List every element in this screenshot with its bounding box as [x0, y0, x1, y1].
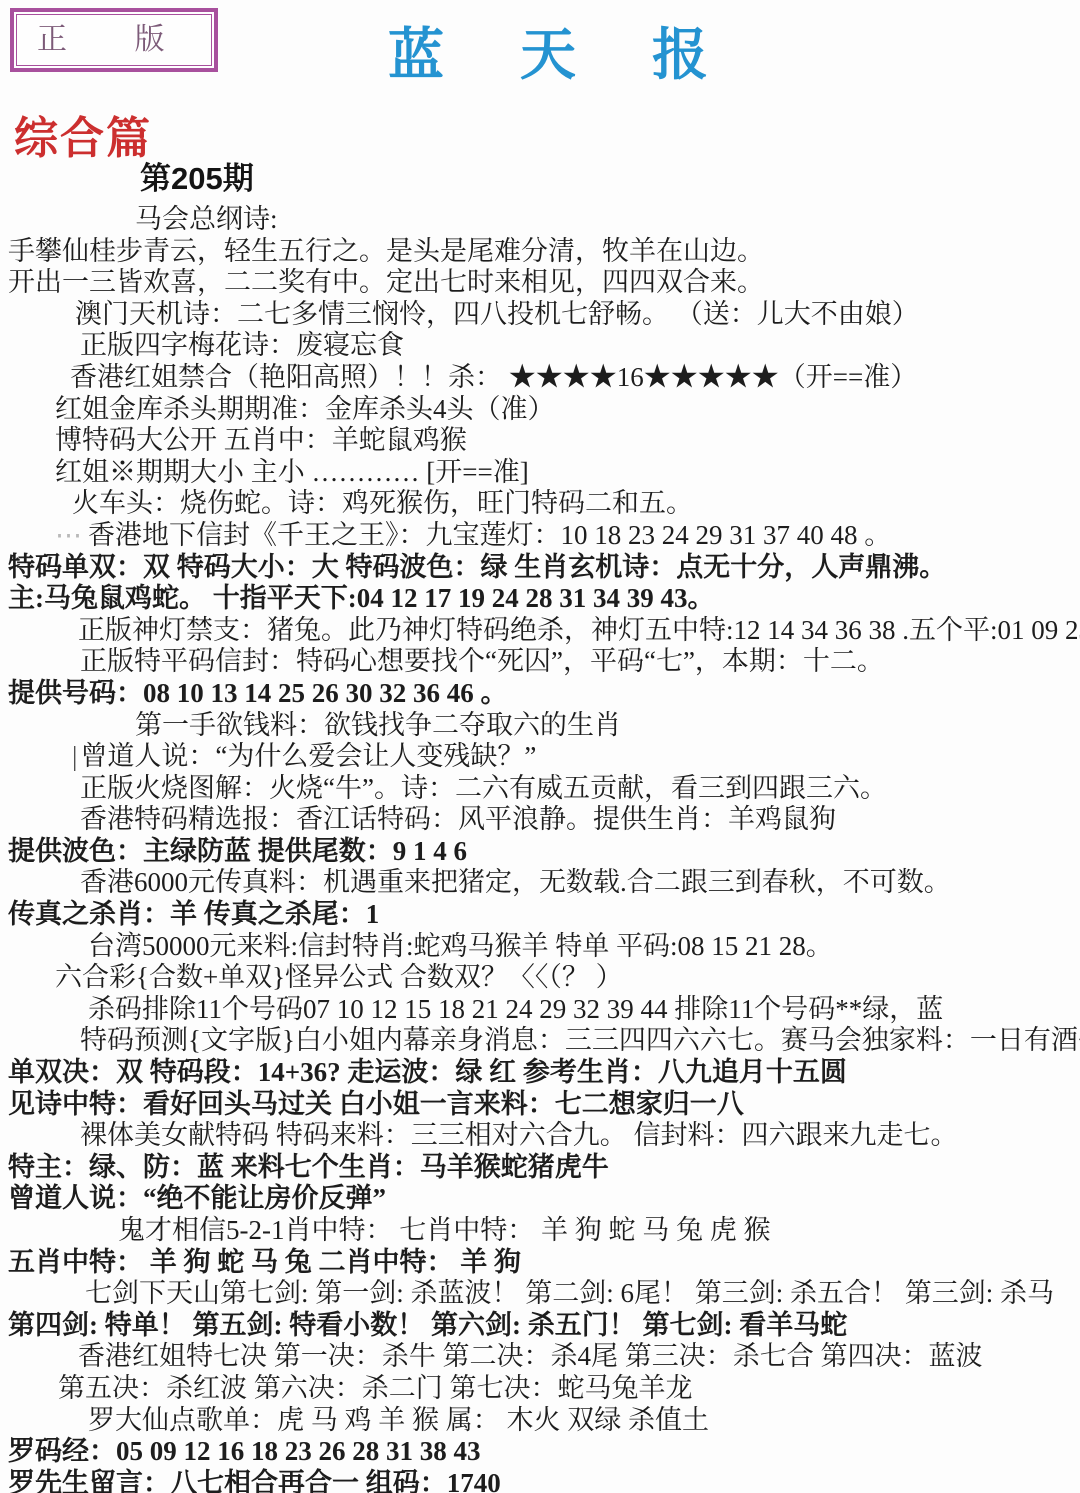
text-line: 五肖中特： 羊 狗 蛇 马 兔 二肖中特： 羊 狗 [8, 1247, 1080, 1279]
text-line: 博特码大公开 五肖中：羊蛇鼠鸡猴 [55, 425, 1080, 457]
text-line: 第四剑: 特单！ 第五剑: 特看小数！ 第六剑: 杀五门！ 第七剑: 看羊马蛇 [8, 1310, 1080, 1342]
scan-artifact-bar: | [72, 741, 77, 771]
text-line: 香港6000元传真料：机遇重来把猪定，无数载.合二跟三到春秋，不可数。 [80, 867, 1080, 899]
text-line: 单双决：双 特码段：14+36? 走运波：绿 红 参考生肖：八九追月十五圆 [8, 1057, 1080, 1089]
text-line: 杀码排除11个号码07 10 12 15 18 21 24 29 32 39 4… [88, 994, 1080, 1026]
authentic-badge-label: 正 版 [37, 23, 195, 56]
text-line: 七剑下天山第七剑: 第一剑: 杀蓝波！ 第二剑: 6尾！ 第三剑: 杀五合！ 第… [85, 1278, 1080, 1310]
text-line: 罗码经：05 09 12 16 18 23 26 28 31 38 43 [8, 1436, 1080, 1468]
text-line: 裸体美女献特码 特码来料：三三相对六合九。 信封料：四六跟来九走七。 [80, 1120, 1080, 1152]
text-line: 香港红姐禁合（艳阳高照）！！杀： ★★★★16★★★★★（开==准） [70, 362, 1080, 394]
text-line: 罗先生留言：八七相合再合一 组码：1740 [8, 1468, 1080, 1493]
text-line: 澳门天机诗：二七多情三悯怜，四八投机七舒畅。 （送：儿大不由娘） [75, 299, 1080, 331]
text-line: 见诗中特：看好回头马过关 白小姐一言来料：七二想家归一八 [8, 1089, 1080, 1121]
text-line: 特主：绿、防：蓝 来料七个生肖：马羊猴蛇猪虎牛 [8, 1152, 1080, 1184]
text-line: 开出一三皆欢喜，二二奖有中。定出七时来相见，四四双合来。 [8, 267, 1080, 299]
text-line: 传真之杀肖：羊 传真之杀尾：1 [8, 899, 1080, 931]
text-line: 特码预测{文字版}白小姐内幕亲身消息：三三四四六六七。赛马会独家料：一日有酒仿神… [80, 1025, 1080, 1057]
text-line: |曾道人说：“为什么爱会让人变残缺？” [72, 741, 1080, 773]
text-line: 香港红姐特七决 第一决：杀牛 第二决：杀4尾 第三决：杀七合 第四决：蓝波 [78, 1341, 1080, 1373]
text-line: 罗大仙点歌单：虎 马 鸡 羊 猴 属： 木火 双绿 杀值土 [88, 1405, 1080, 1437]
text-line: 台湾50000元来料:信封特肖:蛇鸡马猴羊 特单 平码:08 15 21 28。 [88, 931, 1080, 963]
text-line: 提供号码：08 10 13 14 25 26 30 32 36 46 。 [8, 678, 1080, 710]
text-line: 主:马兔鼠鸡蛇。 十指平天下:04 12 17 19 24 28 31 34 3… [8, 583, 1080, 615]
text-line: 正版火烧图解：火烧“牛”。诗：二六有威五贡献，看三到四跟三六。 [80, 773, 1080, 805]
text-line: ⋯香港地下信封《千王之王》：九宝莲灯：10 18 23 24 29 31 37 … [55, 520, 1080, 552]
authentic-badge: 正 版 [16, 14, 212, 66]
text-line: 手攀仙桂步青云，轻生五行之。是头是尾难分清，牧羊在山边。 [8, 236, 1080, 268]
text-line: 鬼才相信5-2-1肖中特： 七肖中特： 羊 狗 蛇 马 兔 虎 猴 [118, 1215, 1080, 1247]
text-line: 六合彩{合数+单双}怪异公式 合数双？〈〈（？ ） [55, 962, 1080, 994]
text-line: 香港特码精选报：香江话特码：风平浪静。提供生肖：羊鸡鼠狗 [80, 804, 1080, 836]
text-line: 第五决：杀红波 第六决：杀二门 第七决：蛇马兔羊龙 [58, 1373, 1080, 1405]
text-line: 火车头：烧伤蛇。诗：鸡死猴伤，旺门特码二和五。 [72, 488, 1080, 520]
text-line: 马会总纲诗: [135, 204, 1080, 236]
text-line: 正版特平码信封：特码心想要找个“死囚”，平码“七”，本期：十二。 [80, 646, 1080, 678]
content-lines: 马会总纲诗: 手攀仙桂步青云，轻生五行之。是头是尾难分清，牧羊在山边。 开出一三… [0, 204, 1080, 1493]
section-title: 综合篇 [14, 116, 152, 162]
text-line: 第一手欲钱料：欲钱找争二夺取六的生肖 [135, 710, 1080, 742]
text-line: 曾道人说：“绝不能让房价反弹” [8, 1183, 1080, 1215]
scan-artifact-dots: ⋯ [55, 520, 82, 550]
newspaper-title: 蓝天报 [388, 26, 784, 86]
text-line: 正版四字梅花诗：废寝忘食 [80, 330, 1080, 362]
text-line: 特码单双：双 特码大小：大 特码波色：绿 生肖玄机诗：点无十分，人声鼎沸。 [8, 552, 1080, 584]
text-line: 提供波色：主绿防蓝 提供尾数：9 1 4 6 [8, 836, 1080, 868]
issue-number: 第205期 [140, 162, 254, 196]
text-line: 正版神灯禁支：猪兔。此乃神灯特码绝杀，神灯五中特:12 14 34 36 38 … [78, 615, 1080, 647]
text-line: 红姐金库杀头期期准：金库杀头4头（准） [55, 394, 1080, 426]
text-line: 红姐※期期大小 主小 ………… [开==准] [55, 457, 1080, 489]
